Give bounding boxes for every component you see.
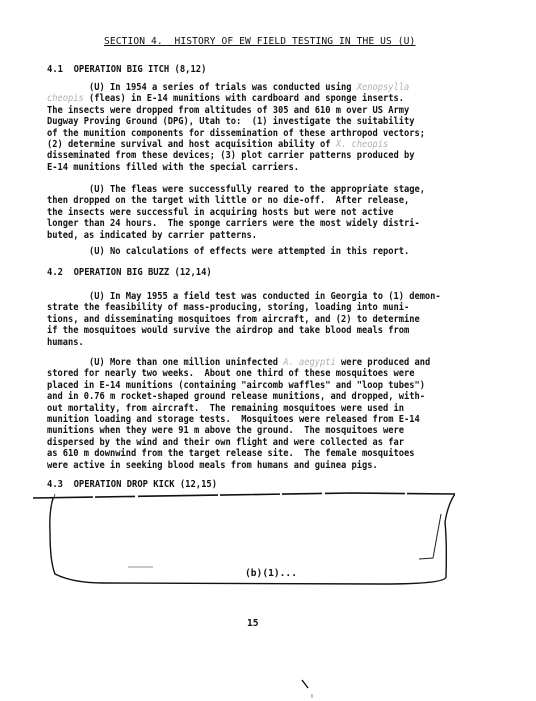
text-line: (2) determine survival and host acquisit… (47, 139, 438, 150)
page-number: 15 (247, 618, 259, 629)
text-segment: (2) determine survival and host acquisit… (47, 139, 336, 150)
text-segment: dispersed by the wind and their own flig… (47, 437, 404, 448)
text-segment: E-14 munitions filled with the special c… (47, 162, 299, 173)
text-line: dispersed by the wind and their own flig… (47, 437, 438, 448)
text-segment: out mortality, from aircraft. The remain… (47, 403, 404, 414)
text-segment: were produced and (336, 357, 430, 368)
text-segment: munition loading and storage tests. Mosq… (47, 414, 420, 425)
text-segment: the insects were successful in acquiring… (47, 207, 393, 218)
species-name: A. aegypti (283, 357, 336, 368)
text-line: then dropped on the target with little o… (47, 195, 438, 206)
species-name: cheopis (47, 93, 84, 104)
text-segment: humans. (47, 337, 84, 348)
text-segment: were active in seeking blood meals from … (47, 460, 378, 471)
text-segment: Dugway Proving Ground (DPG), Utah to: (1… (47, 116, 414, 127)
text-line: E-14 munitions filled with the special c… (47, 162, 438, 173)
text-segment: The insects were dropped from altitudes … (47, 105, 409, 116)
text-segment: (U) In May 1955 a field test was conduct… (47, 291, 441, 302)
stray-mark (298, 676, 318, 700)
text-segment: (U) More than one million uninfected (47, 357, 283, 368)
text-segment: strate the feasibility of mass-producing… (47, 302, 409, 313)
paragraph-big-itch-3: (U) No calculations of effects were atte… (47, 246, 467, 257)
text-line: buted, as indicated by carrier patterns. (47, 230, 438, 241)
text-segment: as 610 m downwind from the target releas… (47, 448, 414, 459)
redaction-box (33, 492, 455, 586)
document-page: SECTION 4. HISTORY OF EW FIELD TESTING I… (0, 0, 536, 701)
text-segment: longer than 24 hours. The sponge carrier… (47, 218, 420, 229)
species-name: X. cheopis (336, 139, 389, 150)
text-segment: and in 0.76 m rocket-shaped ground relea… (47, 391, 425, 402)
text-line: were active in seeking blood meals from … (47, 460, 438, 471)
text-line: disseminated from these devices; (3) plo… (47, 150, 438, 161)
text-line: out mortality, from aircraft. The remain… (47, 403, 438, 414)
text-line: strate the feasibility of mass-producing… (47, 302, 438, 313)
text-line: The insects were dropped from altitudes … (47, 105, 438, 116)
text-line: as 610 m downwind from the target releas… (47, 448, 438, 459)
text-line: longer than 24 hours. The sponge carrier… (47, 218, 438, 229)
paragraph-big-buzz-2: (U) More than one million uninfected A. … (47, 357, 467, 471)
species-name: Xenopsylla (357, 82, 410, 93)
section-title: SECTION 4. HISTORY OF EW FIELD TESTING I… (104, 36, 415, 47)
text-line: (U) More than one million uninfected A. … (47, 357, 438, 368)
paragraph-big-itch-1: (U) In 1954 a series of trials was condu… (47, 82, 467, 173)
text-segment: munitions when they were 91 m above the … (47, 425, 404, 436)
text-line: if the mosquitoes would survive the aird… (47, 325, 438, 336)
text-line: humans. (47, 337, 438, 348)
text-line: stored for nearly two weeks. About one t… (47, 368, 438, 379)
heading-4-3: 4.3 OPERATION DROP KICK (12,15) (47, 479, 217, 490)
text-segment: tions, and disseminating mosquitoes from… (47, 314, 420, 325)
redaction-label: (b)(1)... (245, 568, 297, 579)
text-segment: (fleas) in E-14 munitions with cardboard… (84, 93, 404, 104)
text-line: Dugway Proving Ground (DPG), Utah to: (1… (47, 116, 438, 127)
text-segment: then dropped on the target with little o… (47, 195, 409, 206)
text-segment: (U) No calculations of effects were atte… (47, 246, 409, 257)
text-segment: buted, as indicated by carrier patterns. (47, 230, 257, 241)
text-line: the insects were successful in acquiring… (47, 207, 438, 218)
text-line: (U) No calculations of effects were atte… (47, 246, 438, 257)
paragraph-big-itch-2: (U) The fleas were successfully reared t… (47, 184, 467, 241)
text-line: placed in E-14 munitions (containing "ai… (47, 380, 438, 391)
text-segment: disseminated from these devices; (3) plo… (47, 150, 414, 161)
text-segment: placed in E-14 munitions (containing "ai… (47, 380, 425, 391)
text-segment: stored for nearly two weeks. About one t… (47, 368, 414, 379)
text-line: (U) In 1954 a series of trials was condu… (47, 82, 438, 93)
paragraph-big-buzz-1: (U) In May 1955 a field test was conduct… (47, 291, 467, 348)
text-line: (U) In May 1955 a field test was conduct… (47, 291, 438, 302)
heading-4-1: 4.1 OPERATION BIG ITCH (8,12) (47, 64, 206, 75)
heading-4-2: 4.2 OPERATION BIG BUZZ (12,14) (47, 267, 212, 278)
text-segment: of the munition components for dissemina… (47, 128, 425, 139)
text-segment: (U) In 1954 a series of trials was condu… (47, 82, 357, 93)
text-line: tions, and disseminating mosquitoes from… (47, 314, 438, 325)
text-line: and in 0.76 m rocket-shaped ground relea… (47, 391, 438, 402)
text-line: (U) The fleas were successfully reared t… (47, 184, 438, 195)
text-line: munition loading and storage tests. Mosq… (47, 414, 438, 425)
text-line: cheopis (fleas) in E-14 munitions with c… (47, 93, 438, 104)
text-segment: (U) The fleas were successfully reared t… (47, 184, 425, 195)
text-segment: if the mosquitoes would survive the aird… (47, 325, 409, 336)
text-line: of the munition components for dissemina… (47, 128, 438, 139)
text-line: munitions when they were 91 m above the … (47, 425, 438, 436)
